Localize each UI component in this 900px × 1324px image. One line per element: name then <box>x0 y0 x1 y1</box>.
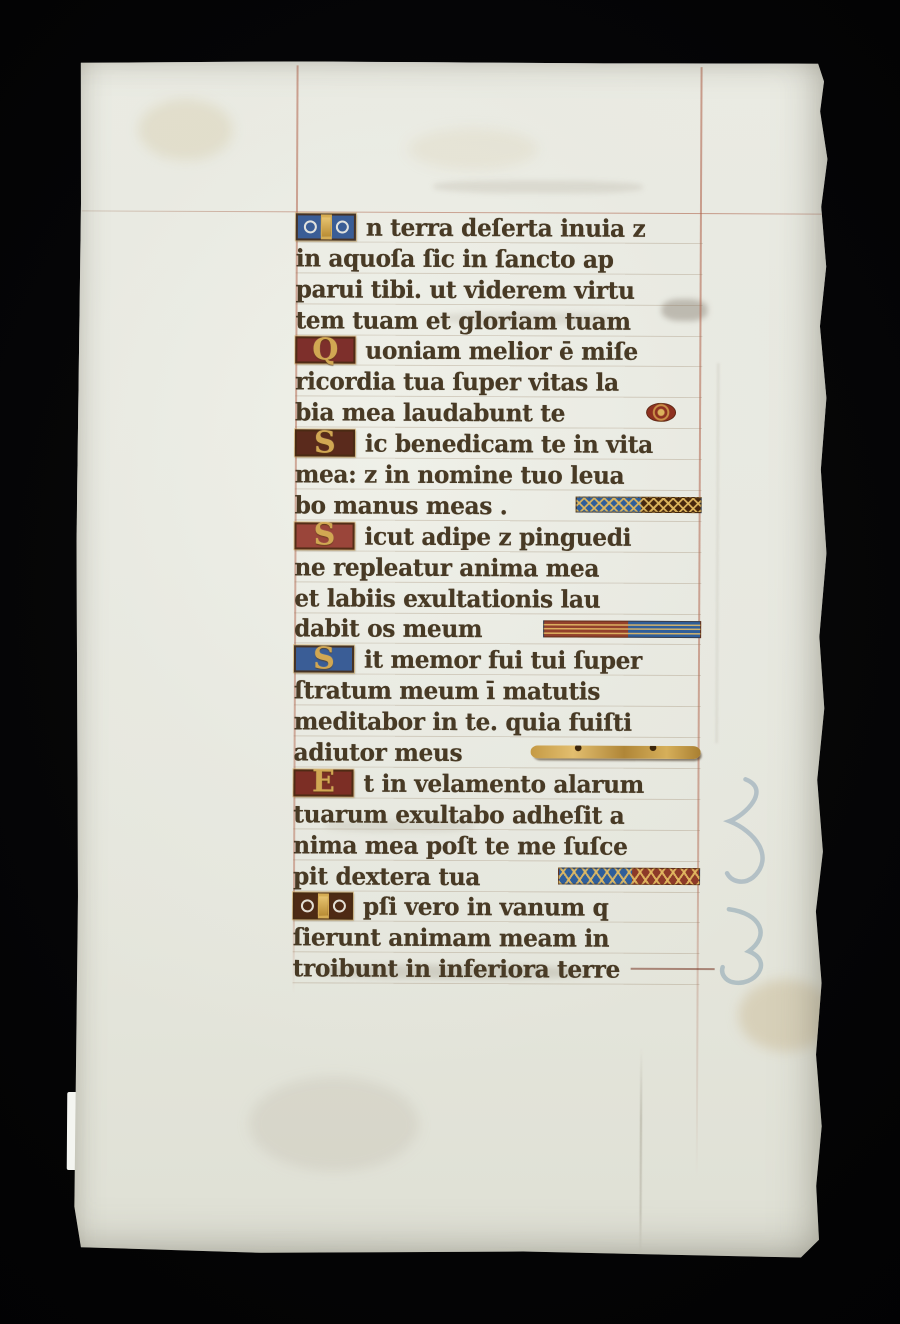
manuscript-line: tuarum exultabo adheſit a <box>293 798 700 831</box>
manuscript-line: parui tibi. ut viderem virtu <box>296 273 703 306</box>
manuscript-line: bo manus meas . <box>295 489 702 522</box>
manuscript-line-text: troibunt in inferiora terre <box>293 956 620 983</box>
manuscript-line-text: bia mea laudabunt te <box>295 400 565 427</box>
white-tracery-swirl <box>300 900 313 913</box>
manuscript-line-text: ricordia tua ſuper vitas la <box>295 369 619 396</box>
manuscript-line-text: icut adipe z pinguedi <box>364 523 631 550</box>
manuscript-line: Et in velamento alarum <box>293 767 700 800</box>
white-tracery-swirl <box>332 900 345 913</box>
show-through-smudge <box>433 180 643 194</box>
white-tracery-swirl <box>335 220 348 233</box>
line-filler-x-blue-red <box>558 867 700 885</box>
manuscript-line: pſi vero in vanum q <box>293 891 700 924</box>
manuscript-line: in aquoſa ſic in ſancto ap <box>296 242 703 275</box>
white-tracery-swirl <box>303 220 316 233</box>
illuminated-initial-i <box>293 893 353 920</box>
manuscript-line: n terra deſerta inuia z <box>296 211 703 244</box>
manuscript-line-text: ſierunt animam meam in <box>293 925 610 952</box>
manuscript-line-text: pit dextera tua <box>293 863 480 890</box>
marginal-pen-flourish <box>683 763 804 999</box>
manuscript-line-text: nima mea poſt te me ſuſce <box>293 832 627 859</box>
text-column: n terra deſerta inuia zin aquoſa ſic in … <box>293 211 703 985</box>
gold-initial-letter <box>318 897 327 916</box>
manuscript-line: tem tuam et gloriam tuam <box>295 304 702 337</box>
parchment-stain <box>138 99 233 161</box>
gold-initial-letter: S <box>314 432 336 454</box>
parchment-stain <box>249 1076 419 1172</box>
illuminated-initial-e: E <box>293 769 353 796</box>
manuscript-line: Sic benedicam te in vita <box>295 428 702 461</box>
manuscript-line-text: parui tibi. ut viderem virtu <box>296 276 635 303</box>
manuscript-line-text: t in velamento alarum <box>363 771 644 798</box>
manuscript-line: et labiis exultationis lau <box>294 582 701 615</box>
manuscript-line-text: in aquoſa ſic in ſancto ap <box>296 245 614 272</box>
manuscript-line-text: bo manus meas . <box>295 492 508 519</box>
manuscript-line: Sit memor fui tui ſuper <box>294 644 701 677</box>
gold-initial-letter: Q <box>312 339 338 361</box>
manuscript-line: mea: z in nomine tuo leua <box>295 458 702 491</box>
illuminated-initial-s: S <box>294 522 354 549</box>
manuscript-line: ne repleatur anima mea <box>294 551 701 584</box>
manuscript-line-text: tuarum exultabo adheſit a <box>293 801 624 828</box>
manuscript-line-text: tem tuam et gloriam tuam <box>295 307 630 334</box>
manuscript-line: meditabor in te. quia fuiſti <box>294 706 701 739</box>
manuscript-line-text: pſi vero in vanum q <box>363 894 609 921</box>
parchment-crease <box>639 1048 642 1253</box>
manuscript-line-text: n terra deſerta inuia z <box>366 215 646 242</box>
manuscript-line-text: mea: z in nomine tuo leua <box>295 461 625 488</box>
manuscript-line-text: ſtratum meum ī matutis <box>294 678 600 705</box>
line-filler-waves-red-blue <box>543 620 701 638</box>
manuscript-line-text: meditabor in te. quia fuiſti <box>294 708 632 735</box>
manuscript-line-text: it memor fui tui ſuper <box>364 647 642 674</box>
gold-initial-letter: E <box>312 772 335 794</box>
manuscript-line: Quoniam melior ē miſe <box>295 335 702 368</box>
manuscript-line-text: uoniam melior ē miſe <box>365 338 638 365</box>
gold-initial-letter: S <box>313 648 335 670</box>
parchment-stain <box>408 128 538 171</box>
photo-stage: n terra deſerta inuia zin aquoſa ſic in … <box>0 0 900 1324</box>
manuscript-line: troibunt in inferiora terre <box>293 953 700 986</box>
line-filler-roundel-red <box>646 403 676 422</box>
parchment-crease <box>716 363 719 743</box>
manuscript-line: dabit os meum <box>294 613 701 646</box>
manuscript-line: ſtratum meum ī matutis <box>294 675 701 708</box>
gold-initial-letter <box>321 217 330 236</box>
line-filler-lattice-blue-brown <box>576 497 702 514</box>
illuminated-initial-q: Q <box>295 337 355 364</box>
manuscript-line: pit dextera tua <box>293 860 700 893</box>
illuminated-initial-s: S <box>294 646 354 673</box>
gold-initial-letter: S <box>314 525 336 547</box>
manuscript-line: nima mea poſt te me ſuſce <box>293 829 700 862</box>
manuscript-line-text: adiutor meus <box>294 739 463 766</box>
manuscript-line-text: et labiis exultationis lau <box>294 585 600 612</box>
manuscript-line: bia mea laudabunt te <box>295 397 702 430</box>
manuscript-line: Sicut adipe z pinguedi <box>294 520 701 553</box>
manuscript-line: adiutor meus <box>294 736 701 769</box>
illuminated-initial-s: S <box>295 429 355 456</box>
manuscript-line: ricordia tua ſuper vitas la <box>295 366 702 399</box>
manuscript-line: ſierunt animam meam in <box>293 922 700 955</box>
manuscript-line-text: ne repleatur anima mea <box>294 554 599 581</box>
illuminated-initial-i <box>296 213 356 240</box>
manuscript-leaf: n terra deſerta inuia zin aquoſa ſic in … <box>73 60 828 1257</box>
manuscript-line-text: ic benedicam te in vita <box>365 431 653 458</box>
line-filler-branch-gold <box>531 745 701 759</box>
manuscript-line-text: dabit os meum <box>294 616 482 643</box>
